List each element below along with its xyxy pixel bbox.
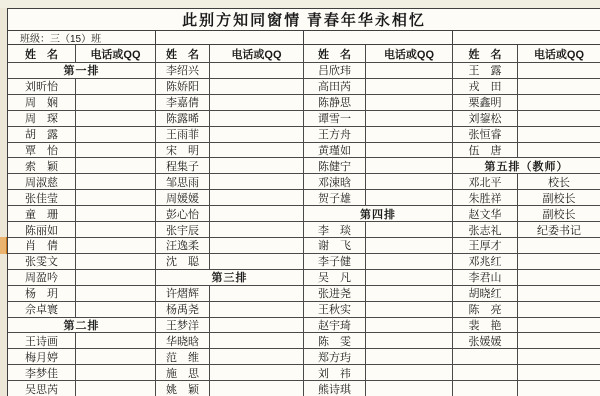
phone-cell[interactable] [210, 206, 304, 222]
phone-cell[interactable] [210, 174, 304, 190]
phone-cell[interactable] [518, 127, 600, 143]
table-row: 汪逸柔 [156, 238, 304, 254]
contact-table: 此别方知同窗情 青春年华永相忆 班级：三（15）班 姓 名 电话或QQ 第一排刘… [7, 8, 600, 396]
name-cell[interactable]: 周 娴 [8, 95, 76, 111]
table-row: 索 颖 [8, 158, 156, 174]
header-row: 姓 名 电话或QQ [453, 45, 600, 63]
name-cell[interactable]: 程集子 [156, 158, 210, 174]
phone-cell[interactable] [518, 349, 600, 365]
phone-header-cell[interactable]: 电话或QQ [76, 45, 156, 63]
table-row: 戎 田 [453, 79, 600, 95]
name-cell[interactable]: 李君山 [453, 270, 518, 286]
phone-cell[interactable] [210, 333, 304, 349]
name-cell[interactable]: 张志礼 [453, 222, 518, 238]
name-cell[interactable]: 肖 倩 [8, 238, 76, 254]
table-row: 李 琰 [304, 222, 453, 238]
phone-cell[interactable] [518, 318, 600, 334]
name-cell[interactable]: 王梦洋 [156, 318, 210, 334]
name-cell[interactable]: 胡晓红 [453, 286, 518, 302]
section-row: 第二排 [8, 318, 156, 334]
table-row: 胡 露 [8, 127, 156, 143]
phone-cell[interactable] [366, 127, 453, 143]
phone-cell[interactable] [210, 79, 304, 95]
empty-cell[interactable] [304, 31, 453, 44]
table-row: 陈静思 [304, 95, 453, 111]
table-row: 陈健宁 [304, 158, 453, 174]
table-row: 陈 雯 [304, 333, 453, 349]
header-row: 姓 名 电话或QQ [304, 45, 453, 63]
phone-cell[interactable] [76, 286, 156, 302]
name-cell[interactable]: 谢 飞 [304, 238, 366, 254]
name-cell[interactable]: 王方舟 [304, 127, 366, 143]
name-cell[interactable]: 吕欣玮 [304, 63, 366, 79]
table-row: 李子健 [304, 254, 453, 270]
phone-cell[interactable] [210, 286, 304, 302]
header-row: 姓 名 电话或QQ [8, 45, 156, 63]
row-selection-marker[interactable] [0, 237, 7, 254]
name-cell[interactable]: 李 琰 [304, 222, 366, 238]
section-row: 第五排（教师） [453, 158, 600, 174]
table-row: 贺子雄 [304, 190, 453, 206]
phone-cell[interactable] [366, 158, 453, 174]
phone-cell[interactable] [210, 95, 304, 111]
name-cell[interactable]: 高田芮 [304, 79, 366, 95]
table-row [453, 365, 600, 381]
name-cell[interactable]: 周盈吟 [8, 270, 76, 286]
table-row: 邹思雨 [156, 174, 304, 190]
name-cell[interactable]: 戎 田 [453, 79, 518, 95]
phone-cell[interactable] [76, 349, 156, 365]
phone-cell[interactable] [366, 143, 453, 159]
phone-cell[interactable] [366, 254, 453, 270]
phone-cell[interactable] [518, 302, 600, 318]
phone-cell[interactable] [518, 365, 600, 381]
table-row: 刘 祎 [304, 365, 453, 381]
table-row: 赵文华副校长 [453, 206, 600, 222]
table-row: 邓北平校长 [453, 174, 600, 190]
phone-cell[interactable] [76, 254, 156, 270]
table-row: 杨 玥 [8, 286, 156, 302]
phone-cell[interactable] [366, 270, 453, 286]
table-row: 李梦佳 [8, 365, 156, 381]
table-row: 王秋实 [304, 302, 453, 318]
phone-cell[interactable] [366, 286, 453, 302]
name-cell[interactable]: 刘鋆松 [453, 111, 518, 127]
name-cell[interactable]: 王雨菲 [156, 127, 210, 143]
phone-cell[interactable] [518, 95, 600, 111]
name-cell[interactable]: 李梦佳 [8, 365, 76, 381]
name-cell[interactable]: 陈健宁 [304, 158, 366, 174]
table-row: 姚 颖 [156, 381, 304, 396]
name-cell[interactable]: 贺子雄 [304, 190, 366, 206]
phone-cell[interactable] [76, 365, 156, 381]
phone-cell[interactable] [210, 127, 304, 143]
phone-cell[interactable] [210, 238, 304, 254]
table-row: 张恒睿 [453, 127, 600, 143]
phone-cell[interactable] [366, 111, 453, 127]
phone-cell[interactable] [76, 222, 156, 238]
phone-cell[interactable] [76, 174, 156, 190]
name-cell[interactable]: 邓北平 [453, 174, 518, 190]
table-row: 童 珊 [8, 206, 156, 222]
table-row: 张佳莹 [8, 190, 156, 206]
column-pair-4: 姓 名 电话或QQ 王 露戎 田栗鑫明刘鋆松张恒睿伍 唐第五排（教师）邓北平校长… [453, 45, 600, 396]
table-row: 范 维 [156, 349, 304, 365]
table-row: 王梦洋 [156, 318, 304, 334]
phone-cell[interactable] [518, 254, 600, 270]
name-cell[interactable]: 沈 聪 [156, 254, 210, 270]
table-row: 张媛媛 [453, 333, 600, 349]
empty-cell[interactable] [156, 31, 304, 44]
table-row: 华晓晗 [156, 333, 304, 349]
table-row: 李嘉倩 [156, 95, 304, 111]
name-cell[interactable]: 汪逸柔 [156, 238, 210, 254]
name-cell[interactable] [453, 365, 518, 381]
sheet-title: 此别方知同窗情 青春年华永相忆 [182, 9, 426, 30]
table-row: 佘卓寰 [8, 302, 156, 318]
name-cell[interactable]: 刘 祎 [304, 365, 366, 381]
phone-cell[interactable] [366, 95, 453, 111]
name-cell[interactable]: 张恒睿 [453, 127, 518, 143]
table-row: 黄瑾如 [304, 143, 453, 159]
phone-cell[interactable] [366, 63, 453, 79]
name-cell[interactable]: 赵文华 [453, 206, 518, 222]
name-cell[interactable]: 陈露晞 [156, 111, 210, 127]
phone-cell[interactable] [210, 318, 304, 334]
name-cell[interactable]: 佘卓寰 [8, 302, 76, 318]
class-row: 班级：三（15）班 [8, 31, 600, 45]
phone-cell[interactable] [76, 270, 156, 286]
phone-cell[interactable]: 副校长 [518, 206, 600, 222]
name-cell[interactable]: 宋 明 [156, 143, 210, 159]
phone-cell[interactable] [210, 365, 304, 381]
section-label-cell[interactable]: 第四排 [304, 206, 453, 222]
phone-cell[interactable] [518, 238, 600, 254]
name-cell[interactable]: 朱胜祥 [453, 190, 518, 206]
name-cell[interactable]: 张媛媛 [453, 333, 518, 349]
column-pair-2: 姓 名 电话或QQ 李绍兴陈娇阳李嘉倩陈露晞王雨菲宋 明程集子邹思雨周媛媛彭心怡… [156, 45, 304, 396]
table-row: 肖 倩 [8, 238, 156, 254]
table-row: 周盈吟 [8, 270, 156, 286]
table-row: 李绍兴 [156, 63, 304, 79]
table-row: 谢 飞 [304, 238, 453, 254]
phone-cell[interactable]: 副校长 [518, 190, 600, 206]
name-cell[interactable]: 李嘉倩 [156, 95, 210, 111]
phone-header-cell[interactable]: 电话或QQ [210, 45, 304, 63]
table-row [453, 381, 600, 396]
name-cell[interactable]: 童 珊 [8, 206, 76, 222]
phone-cell[interactable] [518, 143, 600, 159]
name-cell[interactable]: 张佳莹 [8, 190, 76, 206]
table-row: 谭雪一 [304, 111, 453, 127]
name-cell[interactable]: 梅月婷 [8, 349, 76, 365]
table-row: 赵宇琦 [304, 318, 453, 334]
phone-cell[interactable] [76, 381, 156, 396]
table-row: 覃 怡 [8, 143, 156, 159]
name-cell[interactable]: 周 琛 [8, 111, 76, 127]
table-row: 张宇辰 [156, 222, 304, 238]
phone-cell[interactable]: 校长 [518, 174, 600, 190]
name-cell[interactable]: 熊诗琪 [304, 381, 366, 396]
name-cell[interactable]: 周淑慈 [8, 174, 76, 190]
table-row: 张雯文 [8, 254, 156, 270]
name-cell[interactable]: 陈丽如 [8, 222, 76, 238]
class-label-cell[interactable]: 班级：三（15）班 [8, 31, 156, 44]
phone-cell[interactable] [518, 381, 600, 396]
phone-cell[interactable] [210, 190, 304, 206]
name-cell[interactable]: 杨 玥 [8, 286, 76, 302]
phone-cell[interactable] [366, 349, 453, 365]
table-row: 彭心怡 [156, 206, 304, 222]
table-row: 王雨菲 [156, 127, 304, 143]
table-row: 邓涑晗 [304, 174, 453, 190]
table-row: 周 娴 [8, 95, 156, 111]
phone-cell[interactable] [210, 381, 304, 396]
table-row: 宋 明 [156, 143, 304, 159]
section-row: 第三排 [156, 270, 304, 286]
table-row: 王方舟 [304, 127, 453, 143]
name-cell[interactable]: 邹思雨 [156, 174, 210, 190]
name-cell[interactable]: 刘昕怡 [8, 79, 76, 95]
name-cell[interactable] [453, 349, 518, 365]
name-cell[interactable]: 王厚才 [453, 238, 518, 254]
table-row: 许熠辉 [156, 286, 304, 302]
table-row: 梅月婷 [8, 349, 156, 365]
phone-cell[interactable] [76, 158, 156, 174]
name-cell[interactable]: 吴思芮 [8, 381, 76, 396]
empty-cell[interactable] [453, 31, 600, 44]
phone-cell[interactable] [76, 111, 156, 127]
table-row: 周 琛 [8, 111, 156, 127]
table-row [453, 349, 600, 365]
table-row: 杨禹尧 [156, 302, 304, 318]
table-row: 陈娇阳 [156, 79, 304, 95]
phone-cell[interactable] [210, 63, 304, 79]
table-row: 王厚才 [453, 238, 600, 254]
name-cell[interactable]: 施 思 [156, 365, 210, 381]
section-row: 第四排 [304, 206, 453, 222]
phone-cell[interactable] [76, 95, 156, 111]
table-grid: 姓 名 电话或QQ 第一排刘昕怡周 娴周 琛胡 露覃 怡索 颖周淑慈张佳莹童 珊… [8, 45, 600, 396]
name-cell[interactable]: 谭雪一 [304, 111, 366, 127]
table-row: 朱胜祥副校长 [453, 190, 600, 206]
section-row: 第一排 [8, 63, 156, 79]
name-cell[interactable]: 王诗画 [8, 333, 76, 349]
table-row: 李君山 [453, 270, 600, 286]
column-pair-3: 姓 名 电话或QQ 吕欣玮高田芮陈静思谭雪一王方舟黄瑾如陈健宁邓涑晗贺子雄第四排… [304, 45, 453, 396]
phone-cell[interactable] [210, 254, 304, 270]
phone-cell[interactable] [518, 63, 600, 79]
name-cell[interactable]: 李子健 [304, 254, 366, 270]
phone-cell[interactable] [210, 222, 304, 238]
name-cell[interactable]: 杨禹尧 [156, 302, 210, 318]
table-row: 沈 聪 [156, 254, 304, 270]
phone-cell[interactable] [210, 111, 304, 127]
name-cell[interactable]: 吴 凡 [304, 270, 366, 286]
phone-header-cell[interactable]: 电话或QQ [518, 45, 600, 63]
phone-cell[interactable] [518, 333, 600, 349]
table-row: 周淑慈 [8, 174, 156, 190]
name-cell[interactable]: 裴 艳 [453, 318, 518, 334]
name-cell[interactable]: 郑方玙 [304, 349, 366, 365]
name-cell[interactable]: 黄瑾如 [304, 143, 366, 159]
phone-cell[interactable] [366, 79, 453, 95]
table-row: 陈露晞 [156, 111, 304, 127]
phone-cell[interactable] [76, 190, 156, 206]
phone-cell[interactable] [366, 222, 453, 238]
phone-cell[interactable] [366, 238, 453, 254]
name-cell[interactable]: 周媛媛 [156, 190, 210, 206]
name-cell[interactable]: 李绍兴 [156, 63, 210, 79]
phone-cell[interactable] [518, 79, 600, 95]
name-cell[interactable]: 陈静思 [304, 95, 366, 111]
table-row: 伍 唐 [453, 143, 600, 159]
table-row: 施 思 [156, 365, 304, 381]
spreadsheet-column-header-sliver [0, 0, 600, 8]
phone-cell[interactable] [210, 302, 304, 318]
phone-cell[interactable] [76, 333, 156, 349]
phone-cell[interactable] [76, 127, 156, 143]
section-label-cell[interactable]: 第一排 [8, 63, 156, 79]
table-row: 刘鋆松 [453, 111, 600, 127]
section-label-cell[interactable]: 第二排 [8, 318, 156, 334]
section-label-cell[interactable]: 第三排 [156, 270, 304, 286]
phone-cell[interactable] [366, 174, 453, 190]
name-cell[interactable]: 伍 唐 [453, 143, 518, 159]
name-cell[interactable]: 索 颖 [8, 158, 76, 174]
name-cell[interactable]: 栗鑫明 [453, 95, 518, 111]
phone-cell[interactable] [518, 111, 600, 127]
phone-cell[interactable] [366, 365, 453, 381]
name-header-cell[interactable]: 姓 名 [8, 45, 76, 63]
name-header-cell[interactable]: 姓 名 [156, 45, 210, 63]
phone-cell[interactable] [76, 302, 156, 318]
name-header-cell[interactable]: 姓 名 [304, 45, 366, 63]
phone-cell[interactable] [76, 206, 156, 222]
phone-cell[interactable] [518, 286, 600, 302]
phone-cell[interactable] [76, 79, 156, 95]
table-row: 陈丽如 [8, 222, 156, 238]
name-cell[interactable]: 陈娇阳 [156, 79, 210, 95]
table-row: 胡晓红 [453, 286, 600, 302]
phone-cell[interactable]: 纪委书记 [518, 222, 600, 238]
phone-cell[interactable] [210, 349, 304, 365]
name-cell[interactable]: 华晓晗 [156, 333, 210, 349]
table-row: 熊诗琪 [304, 381, 453, 396]
phone-cell[interactable] [366, 318, 453, 334]
phone-cell[interactable] [518, 270, 600, 286]
name-cell[interactable] [453, 381, 518, 396]
name-cell[interactable]: 张宇辰 [156, 222, 210, 238]
phone-cell[interactable] [366, 302, 453, 318]
spreadsheet: 此别方知同窗情 青春年华永相忆 班级：三（15）班 姓 名 电话或QQ 第一排刘… [0, 0, 600, 396]
table-row: 刘昕怡 [8, 79, 156, 95]
name-cell[interactable]: 陈 亮 [453, 302, 518, 318]
table-row: 高田芮 [304, 79, 453, 95]
table-row: 郑方玙 [304, 349, 453, 365]
name-cell[interactable]: 范 维 [156, 349, 210, 365]
name-cell[interactable]: 张雯文 [8, 254, 76, 270]
name-header-cell[interactable]: 姓 名 [453, 45, 518, 63]
phone-cell[interactable] [366, 381, 453, 396]
name-cell[interactable]: 姚 颖 [156, 381, 210, 396]
phone-cell[interactable] [76, 143, 156, 159]
name-cell[interactable]: 许熠辉 [156, 286, 210, 302]
table-row: 邓兆红 [453, 254, 600, 270]
table-row: 栗鑫明 [453, 95, 600, 111]
table-row: 王 露 [453, 63, 600, 79]
sheet-title-cell[interactable]: 此别方知同窗情 青春年华永相忆 [8, 9, 600, 31]
name-cell[interactable]: 邓涑晗 [304, 174, 366, 190]
name-cell[interactable]: 张进尧 [304, 286, 366, 302]
table-row: 张志礼纪委书记 [453, 222, 600, 238]
name-cell[interactable]: 胡 露 [8, 127, 76, 143]
table-row: 吕欣玮 [304, 63, 453, 79]
table-row: 周媛媛 [156, 190, 304, 206]
table-row: 王诗画 [8, 333, 156, 349]
phone-header-cell[interactable]: 电话或QQ [366, 45, 453, 63]
name-cell[interactable]: 王秋实 [304, 302, 366, 318]
name-cell[interactable]: 覃 怡 [8, 143, 76, 159]
phone-cell[interactable] [76, 238, 156, 254]
table-row: 陈 亮 [453, 302, 600, 318]
name-cell[interactable]: 王 露 [453, 63, 518, 79]
name-cell[interactable]: 邓兆红 [453, 254, 518, 270]
name-cell[interactable]: 陈 雯 [304, 333, 366, 349]
phone-cell[interactable] [210, 158, 304, 174]
class-label: 班级：三（15）班 [20, 30, 101, 45]
table-row: 吴 凡 [304, 270, 453, 286]
section-label-cell[interactable]: 第五排（教师） [453, 158, 600, 174]
phone-cell[interactable] [210, 143, 304, 159]
header-row: 姓 名 电话或QQ [156, 45, 304, 63]
column-pair-1: 姓 名 电话或QQ 第一排刘昕怡周 娴周 琛胡 露覃 怡索 颖周淑慈张佳莹童 珊… [8, 45, 156, 396]
name-cell[interactable]: 彭心怡 [156, 206, 210, 222]
table-row: 吴思芮 [8, 381, 156, 396]
name-cell[interactable]: 赵宇琦 [304, 318, 366, 334]
phone-cell[interactable] [366, 190, 453, 206]
phone-cell[interactable] [366, 333, 453, 349]
table-row: 张进尧 [304, 286, 453, 302]
table-row: 程集子 [156, 158, 304, 174]
table-row: 裴 艳 [453, 318, 600, 334]
